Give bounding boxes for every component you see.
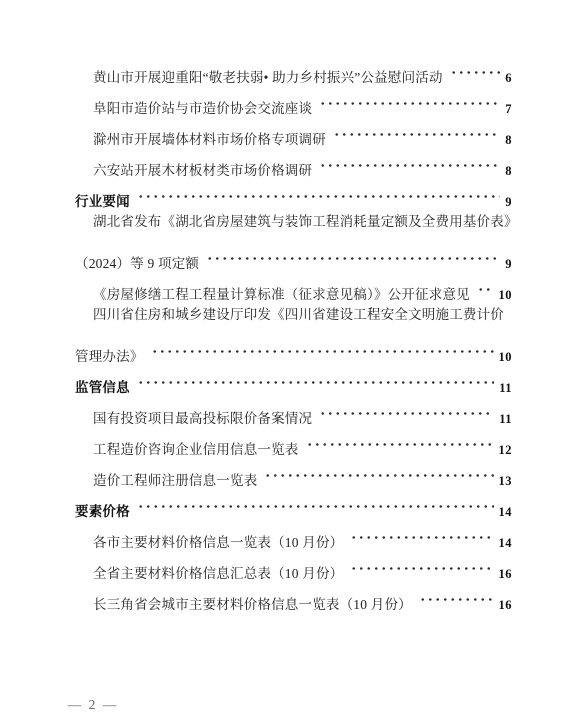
page-number-label: — 2 — bbox=[68, 697, 119, 712]
toc-row: 黄山市开展迎重阳“敬老扶弱• 助力乡村振兴”公益慰问活动6 bbox=[75, 51, 512, 82]
toc-entry-text: 管理办法》 bbox=[75, 341, 144, 372]
dot-leader bbox=[206, 237, 500, 268]
toc-row: 要素价格14 bbox=[75, 485, 512, 516]
dot-leader bbox=[319, 392, 494, 423]
toc-row: 管理办法》10 bbox=[75, 330, 512, 361]
dot-leader bbox=[306, 423, 494, 454]
page-number: 12 bbox=[499, 435, 513, 466]
toc-row: 湖北省发布《湖北省房屋建筑与装饰工程消耗量定额及全费用基价表》 bbox=[75, 206, 512, 237]
page-number: 9 bbox=[505, 249, 512, 280]
dot-leader bbox=[333, 113, 500, 144]
toc-row: （2024）等 9 项定额9 bbox=[75, 237, 512, 268]
toc-entry-text: 长三角省会城市主要材料价格信息一览表（10 月份） bbox=[93, 589, 412, 620]
dot-leader bbox=[137, 361, 494, 392]
table-of-contents: 黄山市开展迎重阳“敬老扶弱• 助力乡村振兴”公益慰问活动6阜阳市造价站与市造价协… bbox=[75, 51, 512, 609]
toc-row: 监管信息11 bbox=[75, 361, 512, 392]
dot-leader bbox=[151, 330, 494, 361]
page-number: 10 bbox=[499, 342, 513, 373]
toc-entry-text: 监管信息 bbox=[75, 372, 130, 403]
dot-leader bbox=[350, 547, 493, 578]
toc-entry-text: 各市主要材料价格信息一览表（10 月份） bbox=[93, 527, 343, 558]
page-number: 14 bbox=[499, 528, 513, 559]
page-number: 8 bbox=[505, 125, 512, 156]
toc-entry-text: 滁州市开展墙体材料市场价格专项调研 bbox=[93, 124, 326, 155]
toc-entry-text: 国有投资项目最高投标限价备案情况 bbox=[93, 403, 312, 434]
page-number: 16 bbox=[499, 559, 513, 590]
dot-leader bbox=[450, 51, 501, 82]
toc-entry-text: 要素价格 bbox=[75, 496, 130, 527]
toc-entry-text: 全省主要材料价格信息汇总表（10 月份） bbox=[93, 558, 343, 589]
toc-row: 四川省住房和城乡建设厅印发《四川省建设工程安全文明施工费计价 bbox=[75, 299, 512, 330]
toc-entry-text: 四川省住房和城乡建设厅印发《四川省建设工程安全文明施工费计价 bbox=[93, 299, 504, 330]
dot-leader bbox=[477, 268, 494, 299]
dot-leader bbox=[137, 485, 494, 516]
document-page: 黄山市开展迎重阳“敬老扶弱• 助力乡村振兴”公益慰问活动6阜阳市造价站与市造价协… bbox=[0, 0, 580, 723]
page-number: 11 bbox=[499, 404, 512, 435]
page-number: 14 bbox=[499, 497, 513, 528]
page-number: 16 bbox=[499, 590, 513, 621]
page-number: 7 bbox=[505, 94, 512, 125]
dot-leader bbox=[137, 175, 500, 206]
page-footer: — 2 — bbox=[0, 697, 186, 713]
toc-entry-text: 湖北省发布《湖北省房屋建筑与装饰工程消耗量定额及全费用基价表》 bbox=[93, 206, 518, 237]
dot-leader bbox=[350, 516, 493, 547]
page-number: 11 bbox=[499, 373, 512, 404]
page-number: 8 bbox=[505, 156, 512, 187]
page-number: 6 bbox=[505, 63, 512, 94]
toc-row: 国有投资项目最高投标限价备案情况11 bbox=[75, 392, 512, 423]
dot-leader bbox=[264, 454, 493, 485]
toc-entry-text: 阜阳市造价站与市造价协会交流座谈 bbox=[93, 93, 312, 124]
page-number: 13 bbox=[499, 466, 513, 497]
dot-leader bbox=[419, 578, 494, 609]
dot-leader bbox=[319, 144, 500, 175]
dot-leader bbox=[319, 82, 500, 113]
toc-row: 各市主要材料价格信息一览表（10 月份）14 bbox=[75, 516, 512, 547]
toc-entry-text: （2024）等 9 项定额 bbox=[75, 248, 199, 279]
toc-row: 行业要闻9 bbox=[75, 175, 512, 206]
